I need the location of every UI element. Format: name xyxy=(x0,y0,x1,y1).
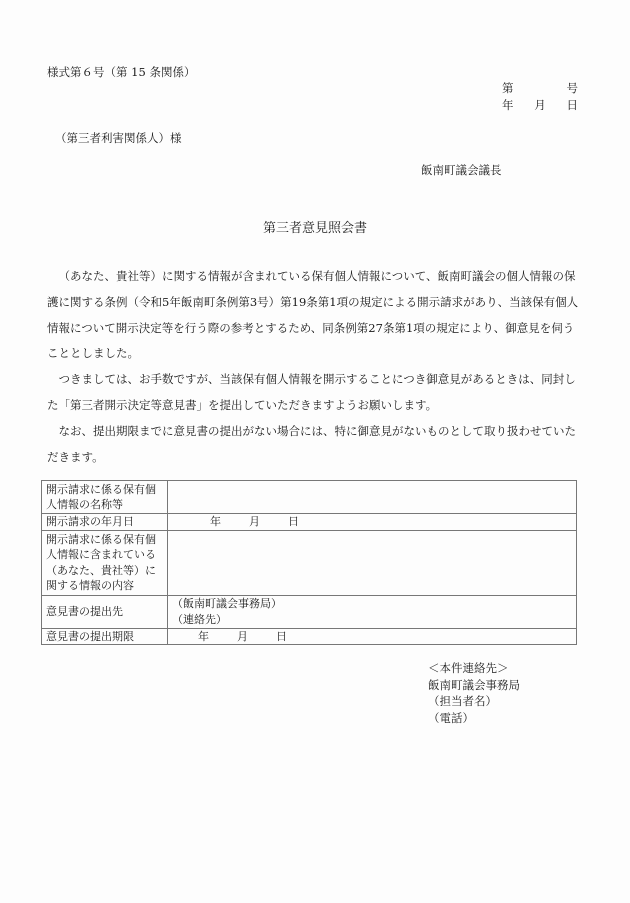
row-value[interactable] xyxy=(168,530,577,595)
row-label: 意見書の提出期限 xyxy=(42,628,168,645)
contact-person: （担当者名） xyxy=(428,693,520,710)
sender: 飯南町議会議長 xyxy=(421,162,502,178)
row-label: 意見書の提出先 xyxy=(42,595,168,628)
body-paragraph: つきましては、お手数ですが、当該保有個人情報を開示することにつき御意見があるとき… xyxy=(47,367,581,419)
table-row: 開示請求に係る保有個人情報の名称等 xyxy=(42,481,577,514)
form-number: 様式第６号（第 15 条関係） xyxy=(47,64,195,80)
row-label: 開示請求の年月日 xyxy=(42,514,168,531)
body-text: （あなた、貴社等）に関する情報が含まれている保有個人情報について、飯南町議会の個… xyxy=(47,264,581,470)
year-label: 年 xyxy=(210,514,221,530)
month-label: 月 xyxy=(249,514,260,530)
table-row: 開示請求に係る保有個人情報に含まれている（あなた、貴社等）に関する情報の内容 xyxy=(42,530,577,595)
document-title: 第三者意見照会書 xyxy=(0,217,630,236)
row-label: 開示請求に係る保有個人情報の名称等 xyxy=(42,481,168,514)
contact-heading: ＜本件連絡先＞ xyxy=(428,660,520,677)
document-date: 年 月 日 xyxy=(502,97,578,113)
body-paragraph: なお、提出期限までに意見書の提出がない場合には、特に御意見がないものとして取り扱… xyxy=(47,419,581,471)
month-label: 月 xyxy=(237,629,248,645)
date-month: 月 xyxy=(534,97,546,113)
doc-number-suffix: 号 xyxy=(567,80,579,96)
row-value[interactable]: （飯南町議会事務局） （連絡先） xyxy=(168,595,577,628)
table-row: 意見書の提出先 （飯南町議会事務局） （連絡先） xyxy=(42,595,577,628)
row-value[interactable]: 年 月 日 xyxy=(168,514,577,531)
table-row: 意見書の提出期限 年 月 日 xyxy=(42,628,577,645)
info-table: 開示請求に係る保有個人情報の名称等 開示請求の年月日 年 月 日 開示請求に係る… xyxy=(41,480,577,645)
body-paragraph: （あなた、貴社等）に関する情報が含まれている保有個人情報について、飯南町議会の個… xyxy=(47,264,581,367)
date-year: 年 xyxy=(502,97,514,113)
day-label: 日 xyxy=(288,514,299,530)
submission-office: （飯南町議会事務局） xyxy=(172,596,572,612)
addressee: （第三者利害関係人）様 xyxy=(55,130,182,146)
row-label: 開示請求に係る保有個人情報に含まれている（あなた、貴社等）に関する情報の内容 xyxy=(42,530,168,595)
contact-block: ＜本件連絡先＞ 飯南町議会事務局 （担当者名） （電話） xyxy=(428,660,520,726)
day-label: 日 xyxy=(276,629,287,645)
row-value[interactable]: 年 月 日 xyxy=(168,628,577,645)
date-day: 日 xyxy=(567,97,579,113)
row-value[interactable] xyxy=(168,481,577,514)
year-label: 年 xyxy=(198,629,209,645)
submission-contact: （連絡先） xyxy=(172,612,572,628)
contact-office: 飯南町議会事務局 xyxy=(428,677,520,694)
contact-phone: （電話） xyxy=(428,710,520,727)
doc-number-prefix: 第 xyxy=(502,80,514,96)
document-number: 第 号 xyxy=(502,80,578,96)
table-row: 開示請求の年月日 年 月 日 xyxy=(42,514,577,531)
